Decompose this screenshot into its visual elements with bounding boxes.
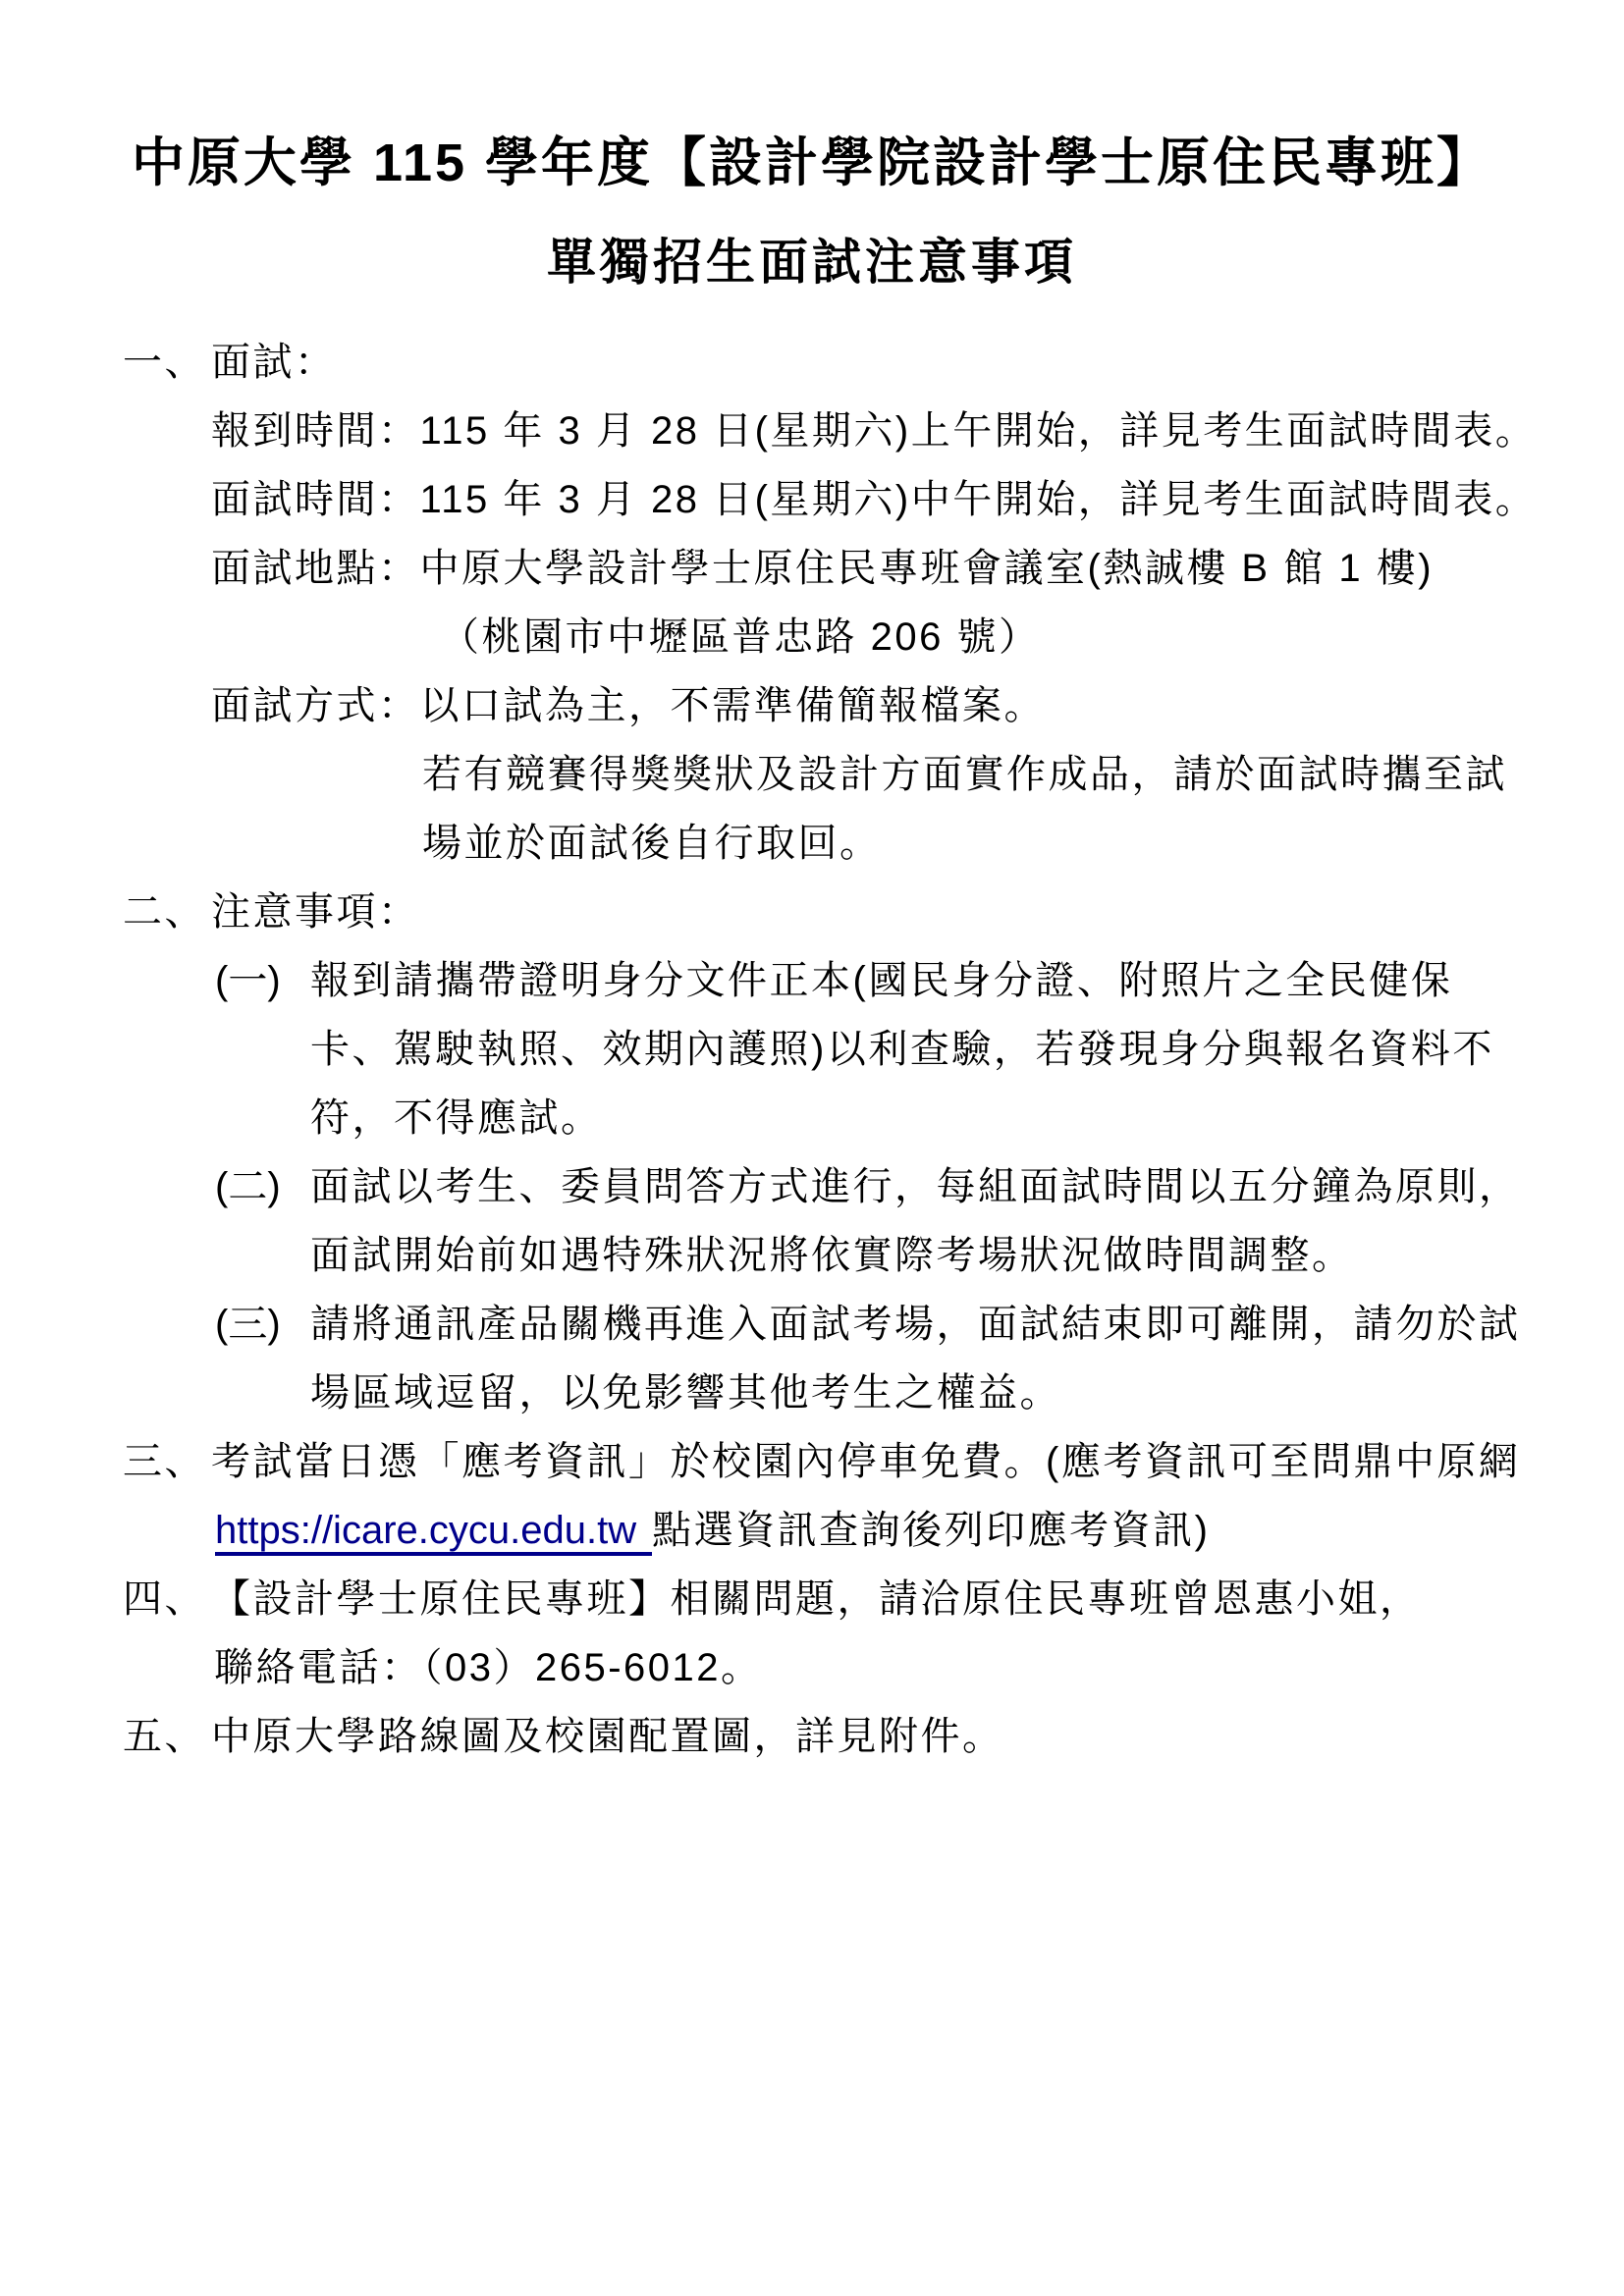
- notice-item1-number: (一): [215, 957, 310, 1004]
- icare-link[interactable]: https://icare.cycu.edu.tw: [215, 1509, 652, 1556]
- document-title-line1: 中原大學 115 學年度【設計學院設計學士原住民專班】: [0, 132, 1624, 194]
- section1-heading-line: 一、面試：: [123, 339, 337, 386]
- interview-time-line: 面試時間：115 年 3 月 28 日(星期六)中午開始，詳見考生面試時間表。: [211, 476, 1537, 523]
- notice-item2-number: (二): [215, 1163, 310, 1210]
- section4-line1: 四、【設計學士原住民專班】相關問題，請洽原住民專班曾恩惠小姐，: [123, 1575, 1422, 1623]
- notice-item1-text1: 報到請攜帶證明身分文件正本(國民身分證、附照片之全民健保: [310, 959, 1452, 1002]
- notice-item3-line2: 場區域逗留，以免影響其他考生之權益。: [310, 1369, 1061, 1416]
- section4-number: 四、: [123, 1575, 211, 1623]
- section3-number: 三、: [123, 1438, 211, 1485]
- checkin-time-line: 報到時間：115 年 3 月 28 日(星期六)上午開始，詳見考生面試時間表。: [211, 407, 1537, 454]
- interview-method-cont2: 場並於面試後自行取回。: [422, 820, 882, 867]
- section5-text1: 中原大學路線圖及校園配置圖，詳見附件。: [211, 1715, 1004, 1758]
- contact-phone-line: 聯絡電話：（03）265-6012。: [214, 1644, 763, 1691]
- notice-item2-line2: 面試開始前如遇特殊狀況將依實際考場狀況做時間調整。: [310, 1232, 1354, 1279]
- section4-text1: 【設計學士原住民專班】相關問題，請洽原住民專班曾恩惠小姐，: [211, 1577, 1422, 1621]
- section2-heading: 注意事項：: [211, 890, 420, 934]
- section3-line2-rest: 點選資訊查詢後列印應考資訊): [652, 1509, 1210, 1552]
- section5-number: 五、: [123, 1713, 211, 1760]
- section5-line1: 五、中原大學路線圖及校園配置圖，詳見附件。: [123, 1713, 1004, 1760]
- interview-location-line: 面試地點：中原大學設計學士原住民專班會議室(熱誠樓 B 館 1 樓): [211, 545, 1434, 592]
- section1-heading: 面試：: [211, 341, 337, 384]
- notice-item1-line1: (一)報到請攜帶證明身分文件正本(國民身分證、附照片之全民健保: [215, 957, 1452, 1004]
- notice-item2-line1: (二)面試以考生、委員問答方式進行，每組面試時間以五分鐘為原則，: [215, 1163, 1521, 1210]
- notice-item1-line3: 符，不得應試。: [310, 1095, 603, 1142]
- section1-number: 一、: [123, 339, 211, 386]
- notice-item1-line2: 卡、駕駛執照、效期內護照)以利查驗，若發現身分與報名資料不: [310, 1026, 1494, 1073]
- section3-line2: https://icare.cycu.edu.tw點選資訊查詢後列印應考資訊): [215, 1507, 1210, 1554]
- interview-method-line: 面試方式：以口試為主，不需準備簡報檔案。: [211, 682, 1046, 729]
- section2-heading-line: 二、注意事項：: [123, 888, 420, 935]
- notice-item3-text1: 請將通訊產品關機再進入面試考場，面試結束即可離開，請勿於試: [310, 1303, 1521, 1346]
- interview-method-cont1: 若有競賽得獎獎狀及設計方面實作成品，請於面試時攜至試: [422, 751, 1507, 798]
- document-page: 中原大學 115 學年度【設計學院設計學士原住民專班】 單獨招生面試注意事項 一…: [0, 0, 1624, 2296]
- document-title-line2: 單獨招生面試注意事項: [0, 234, 1624, 291]
- notice-item2-text1: 面試以考生、委員問答方式進行，每組面試時間以五分鐘為原則，: [310, 1165, 1521, 1208]
- section3-text1: 考試當日憑「應考資訊」於校園內停車免費。(應考資訊可至問鼎中原網: [211, 1440, 1520, 1483]
- section3-line1: 三、考試當日憑「應考資訊」於校園內停車免費。(應考資訊可至問鼎中原網: [123, 1438, 1520, 1485]
- notice-item3-line1: (三)請將通訊產品關機再進入面試考場，面試結束即可離開，請勿於試: [215, 1301, 1521, 1348]
- notice-item3-number: (三): [215, 1301, 310, 1348]
- interview-address-line: （桃園市中壢區普忠路 206 號）: [440, 614, 1040, 661]
- section2-number: 二、: [123, 888, 211, 935]
